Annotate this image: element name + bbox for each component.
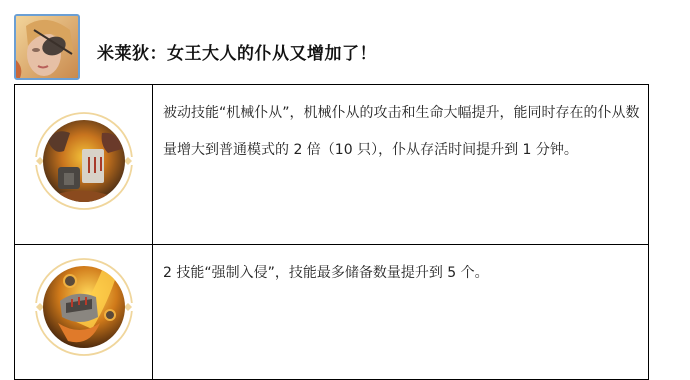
skill-icon-cell (15, 85, 153, 245)
hero-avatar (14, 14, 80, 80)
forced-invasion-skill-icon (34, 257, 134, 357)
skill-description: 被动技能“机械仆从”，机械仆从的攻击和生命大幅提升，能同时存在的仆从数量增大到普… (153, 85, 649, 245)
table-row: 被动技能“机械仆从”，机械仆从的攻击和生命大幅提升，能同时存在的仆从数量增大到普… (15, 85, 649, 245)
page-title: 米莱狄：女王大人的仆从又增加了！ (97, 39, 377, 64)
hero-header: 米莱狄：女王大人的仆从又增加了！ (14, 14, 377, 80)
skill-description: 2 技能“强制入侵”，技能最多储备数量提升到 5 个。 (153, 245, 649, 380)
hero-portrait-icon (16, 16, 78, 78)
mechanical-servant-skill-icon (34, 111, 134, 211)
table-row: 2 技能“强制入侵”，技能最多储备数量提升到 5 个。 (15, 245, 649, 380)
skill-table: 被动技能“机械仆从”，机械仆从的攻击和生命大幅提升，能同时存在的仆从数量增大到普… (14, 84, 649, 380)
skill-icon-cell (15, 245, 153, 380)
